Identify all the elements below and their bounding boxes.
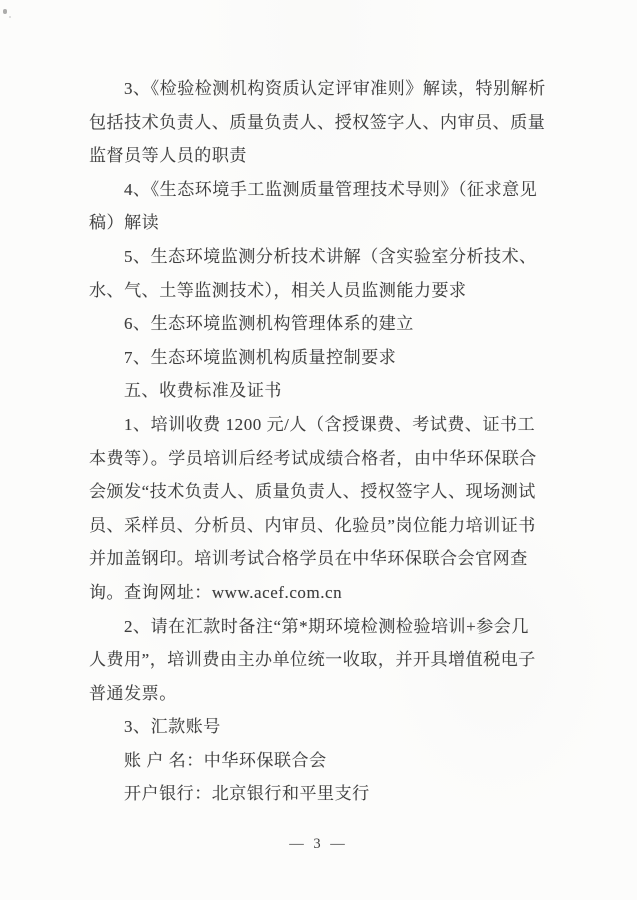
doc-line: 人费用”，培训费由主办单位统一收取，并开具增值税电子 <box>89 643 551 677</box>
doc-line-item5-heading: 5、生态环境监测分析技术讲解（含实验室分析技术、 <box>89 240 551 274</box>
scan-artifact-speck <box>9 16 11 18</box>
doc-line: 监督员等人员的职责 <box>89 139 551 173</box>
document-body: 3、《检验检测机构资质认定评审准则》解读，特别解析 包括技术负责人、质量负责人、… <box>89 72 551 811</box>
doc-line-bank-name: 开户银行：北京银行和平里支行 <box>89 777 551 811</box>
doc-line-website-url: 询。查询网址：www.acef.com.cn <box>89 576 551 610</box>
doc-line: 稿）解读 <box>89 206 551 240</box>
doc-line: 水、气、土等监测技术），相关人员监测能力要求 <box>89 274 551 308</box>
doc-line: 员、采样员、分析员、内审员、化验员”岗位能力培训证书 <box>89 509 551 543</box>
scanned-document-page: 3、《检验检测机构资质认定评审准则》解读，特别解析 包括技术负责人、质量负责人、… <box>0 0 637 900</box>
doc-line-section5-heading: 五、收费标准及证书 <box>89 374 551 408</box>
doc-line-account-name: 账 户 名：中华环保联合会 <box>89 744 551 778</box>
page-number: — 3 — <box>0 836 637 853</box>
doc-line-item3-heading: 3、《检验检测机构资质认定评审准则》解读，特别解析 <box>89 72 551 106</box>
doc-line-item4-heading: 4、《生态环境手工监测质量管理技术导则》（征求意见 <box>89 173 551 207</box>
doc-line-item6-heading: 6、生态环境监测机构管理体系的建立 <box>89 307 551 341</box>
doc-line-fee-item3-remittance: 3、汇款账号 <box>89 710 551 744</box>
scan-artifact-speck <box>3 9 7 14</box>
doc-line-item7-heading: 7、生态环境监测机构质量控制要求 <box>89 341 551 375</box>
doc-line: 本费等）。学员培训后经考试成绩合格者，由中华环保联合 <box>89 442 551 476</box>
doc-line-fee-item1: 1、培训收费 1200 元/人（含授课费、考试费、证书工 <box>89 408 551 442</box>
doc-line: 并加盖钢印。培训考试合格学员在中华环保联合会官网查 <box>89 542 551 576</box>
doc-line-fee-item2: 2、请在汇款时备注“第*期环境检测检验培训+参会几 <box>89 610 551 644</box>
doc-line: 包括技术负责人、质量负责人、授权签字人、内审员、质量 <box>89 106 551 140</box>
doc-line: 普通发票。 <box>89 677 551 711</box>
doc-line: 会颁发“技术负责人、质量负责人、授权签字人、现场测试 <box>89 475 551 509</box>
